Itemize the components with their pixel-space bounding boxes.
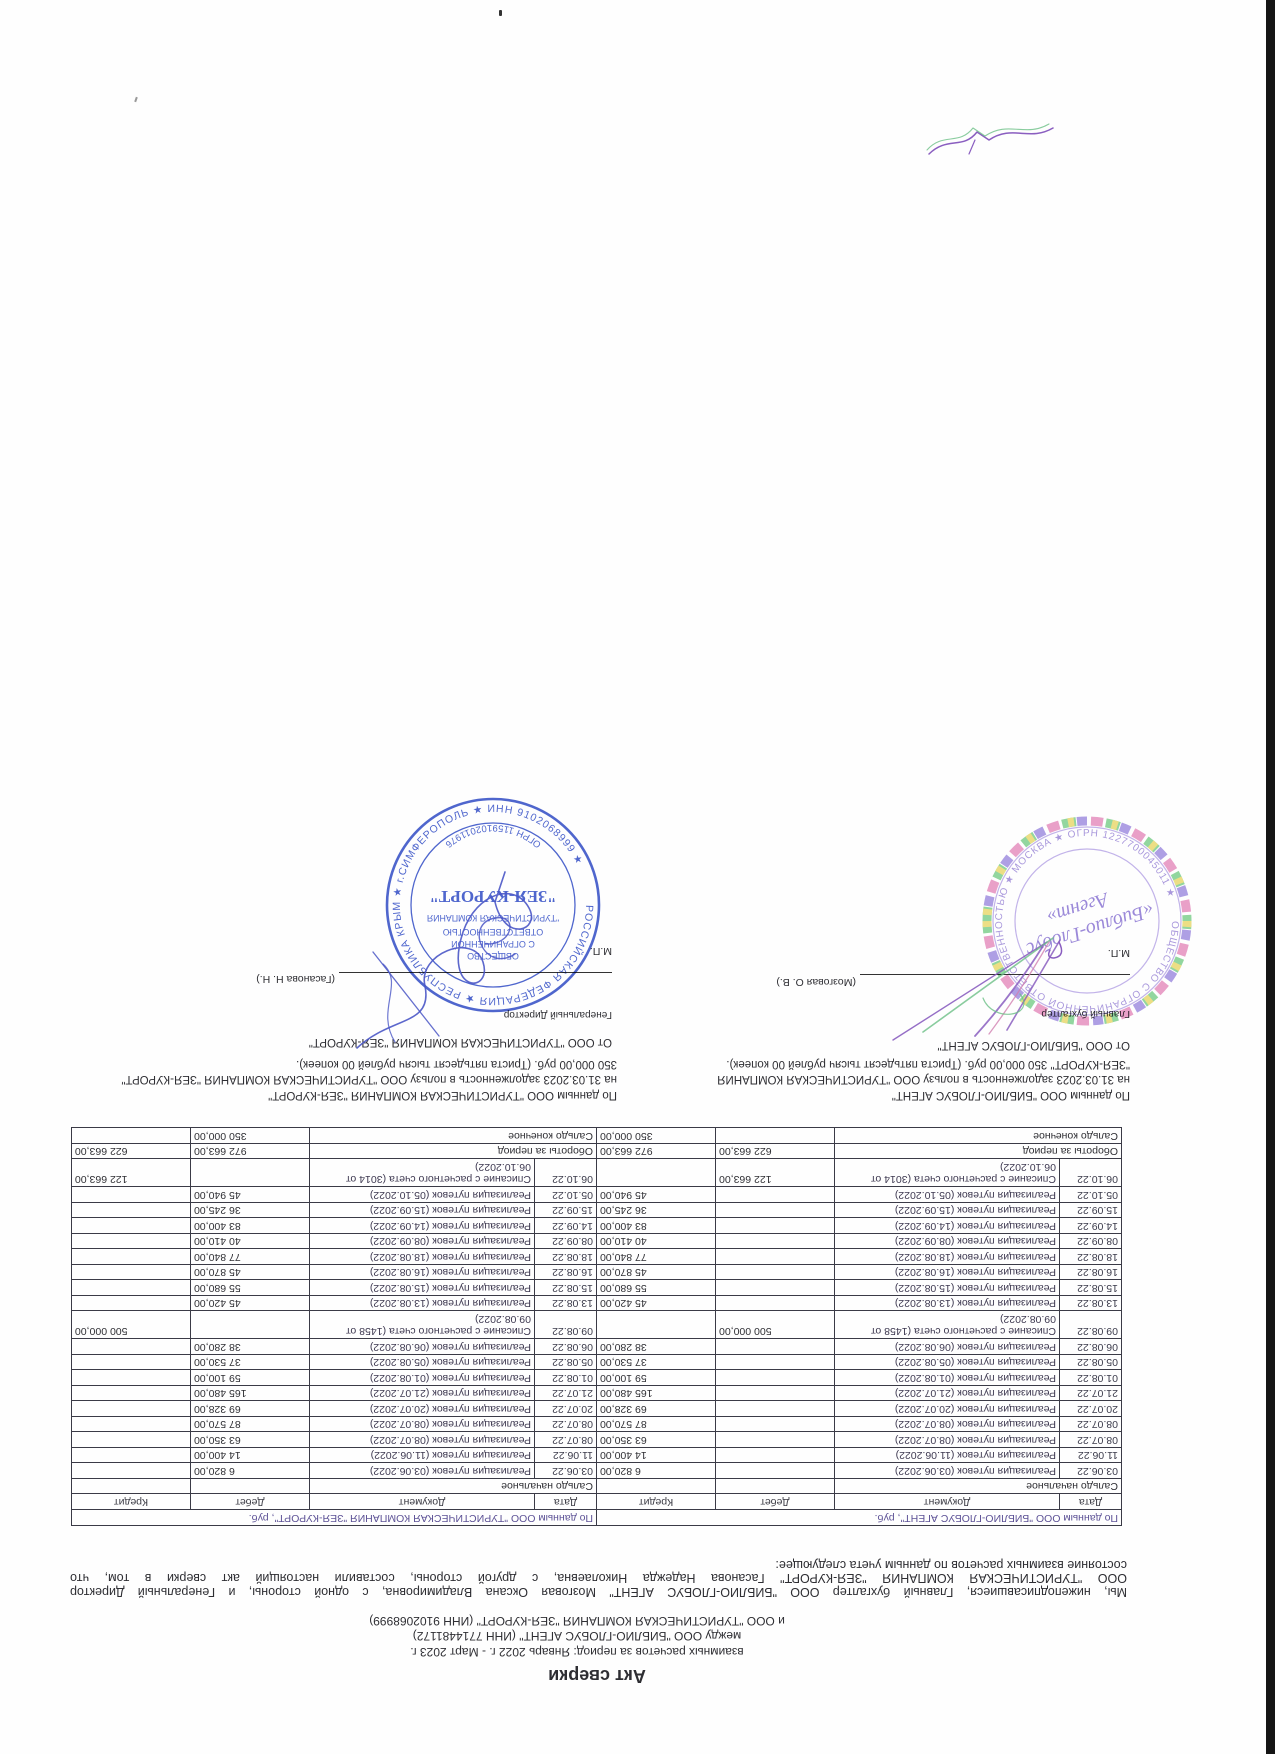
right-closing-debit: 350 000,00 xyxy=(191,1128,310,1144)
seal-ring-text: ОБЩЕСТВО С ОГРАНИЧЕННОЙ ОТВЕТСТВЕННОСТЬЮ… xyxy=(994,828,1180,1014)
document-sheet-rotated: Акт сверки взаимных расчетов за период: … xyxy=(0,0,1275,1754)
right-debit: 45 940,00 xyxy=(191,1187,310,1203)
left-document: Реализация путевок (01.08.2022) xyxy=(835,1370,1060,1386)
seal-center-text: «Библио-Глобус xyxy=(1023,899,1157,961)
table-row: 13.08.22 Реализация путевок (13.08.2022)… xyxy=(71,1296,1121,1312)
left-credit: 45 870,00 xyxy=(597,1265,716,1281)
left-date: 06.10.22 xyxy=(1060,1159,1122,1187)
right-date: 05.08.22 xyxy=(535,1355,597,1371)
table-row: 01.08.22 Реализация путевок (01.08.2022)… xyxy=(71,1370,1121,1386)
seal-ring xyxy=(387,799,599,1011)
scanner-edge xyxy=(1266,0,1275,1754)
left-credit: 69 328,00 xyxy=(597,1401,716,1417)
left-debit xyxy=(716,1355,835,1371)
left-document: Реализация путевок (14.09.2022) xyxy=(835,1218,1060,1234)
right-seal-label: М.П. xyxy=(590,945,612,957)
left-document: Реализация путевок (06.08.2022) xyxy=(835,1339,1060,1355)
seal-ring xyxy=(987,821,1187,1021)
conclusion-left: По данным ООО "БИБЛИО-ГЛОБУС АГЕНТ" на 3… xyxy=(717,1056,1130,1103)
right-credit xyxy=(71,1432,190,1448)
left-date: 14.09.22 xyxy=(1060,1218,1122,1234)
intro-paragraph: Мы, нижеподписавшиеся, Главный бухгалтер… xyxy=(70,1558,1127,1599)
left-document: Реализация путевок (08.07.2022) xyxy=(835,1417,1060,1433)
left-credit: 45 420,00 xyxy=(597,1296,716,1312)
left-debit xyxy=(716,1203,835,1219)
right-credit: 500 000,00 xyxy=(71,1311,190,1339)
seal-center-text: Агент» xyxy=(1044,887,1113,928)
svg-text:ОГРН 1159102011976: ОГРН 1159102011976 xyxy=(442,822,543,850)
left-document: Реализация путевок (11.06.2022) xyxy=(835,1448,1060,1464)
left-date: 06.08.22 xyxy=(1060,1339,1122,1355)
left-debit xyxy=(716,1432,835,1448)
table-header-row: Дата Документ Дебет Кредит Дата Документ… xyxy=(71,1494,1121,1510)
left-document: Реализация путевок (20.07.2022) xyxy=(835,1401,1060,1417)
right-document: Реализация путевок (15.09.2022) xyxy=(310,1203,535,1219)
company-seal-zeya-kurort: РОССИЙСКАЯ ФЕДЕРАЦИЯ ★ РЕСПУБЛИКА КРЫМ ★… xyxy=(383,795,603,1015)
left-credit xyxy=(597,1159,716,1187)
right-closing-credit xyxy=(71,1128,190,1144)
left-credit: 36 245,00 xyxy=(597,1203,716,1219)
intro-line: Мы, нижеподписавшиеся, Главный бухгалтер… xyxy=(70,1585,1127,1599)
right-date: 03.06.22 xyxy=(535,1463,597,1479)
right-debit: 38 280,00 xyxy=(191,1339,310,1355)
table-row: 20.07.22 Реализация путевок (20.07.2022)… xyxy=(71,1401,1121,1417)
reconciliation-table: По данным ООО "БИБЛИО-ГЛОБУС АГЕНТ", руб… xyxy=(71,1128,1122,1527)
right-credit xyxy=(71,1417,190,1433)
right-document: Реализация путевок (05.08.2022) xyxy=(310,1355,535,1371)
right-closing-label: Сальдо конечное xyxy=(310,1128,597,1144)
right-date: 16.08.22 xyxy=(535,1265,597,1281)
left-debit xyxy=(716,1296,835,1312)
closing-balance-row: Сальдо конечное 350 000,00 Сальдо конечн… xyxy=(71,1128,1121,1144)
left-date: 15.09.22 xyxy=(1060,1203,1122,1219)
right-signature-line xyxy=(339,972,612,973)
left-document: Реализация путевок (05.08.2022) xyxy=(835,1355,1060,1371)
seal-center-text: С ОГРАНИЧЕННОЙ xyxy=(451,939,535,950)
right-col-credit: Кредит xyxy=(71,1494,190,1510)
left-col-credit: Кредит xyxy=(597,1494,716,1510)
right-date: 15.08.22 xyxy=(535,1280,597,1296)
seal-ring xyxy=(411,823,575,987)
right-credit xyxy=(71,1401,190,1417)
signature-mozgovaya-icon xyxy=(893,938,1062,1040)
right-date: 08.09.22 xyxy=(535,1234,597,1250)
left-date: 01.08.22 xyxy=(1060,1370,1122,1386)
left-debit: 500 000,00 xyxy=(716,1311,835,1339)
left-date: 08.09.22 xyxy=(1060,1234,1122,1250)
right-document: Списание с расчетного счета (1458 от 09.… xyxy=(310,1311,535,1339)
right-turnover-label: Обороты за период xyxy=(310,1144,597,1160)
right-col-date: Дата xyxy=(535,1494,597,1510)
table-caption-row: По данным ООО "БИБЛИО-ГЛОБУС АГЕНТ", руб… xyxy=(71,1510,1121,1526)
right-debit: 77 840,00 xyxy=(191,1249,310,1265)
left-credit: 37 530,00 xyxy=(597,1355,716,1371)
right-debit: 40 410,00 xyxy=(191,1234,310,1250)
left-document: Списание с расчетного счета (1458 от 09.… xyxy=(835,1311,1060,1339)
right-document: Реализация путевок (03.06.2022) xyxy=(310,1463,535,1479)
table-row: 08.09.22 Реализация путевок (08.09.2022)… xyxy=(71,1234,1121,1250)
left-signature-line xyxy=(860,974,1130,975)
right-debit: 37 530,00 xyxy=(191,1355,310,1371)
intro-line: состояние взаимных расчетов по данным уч… xyxy=(70,1558,1127,1572)
table-row: 21.07.22 Реализация путевок (21.07.2022)… xyxy=(71,1386,1121,1402)
seal-company-name: "ЗЕЯ-КУРОРТ" xyxy=(429,887,556,906)
right-date: 13.08.22 xyxy=(535,1296,597,1312)
seal-center-text: ОТВЕТСТВЕННОСТЬЮ xyxy=(443,927,543,937)
left-document: Реализация путевок (21.07.2022) xyxy=(835,1386,1060,1402)
left-date: 08.07.22 xyxy=(1060,1417,1122,1433)
right-credit xyxy=(71,1355,190,1371)
right-date: 01.08.22 xyxy=(535,1370,597,1386)
left-document: Реализация путевок (15.09.2022) xyxy=(835,1203,1060,1219)
right-credit xyxy=(71,1249,190,1265)
right-credit xyxy=(71,1280,190,1296)
table-row: 05.10.22 Реализация путевок (05.10.2022)… xyxy=(71,1187,1121,1203)
left-credit: 45 940,00 xyxy=(597,1187,716,1203)
table-row: 06.10.22 Списание с расчетного счета (30… xyxy=(71,1159,1121,1187)
left-document: Реализация путевок (08.07.2022) xyxy=(835,1432,1060,1448)
right-document: Реализация путевок (08.09.2022) xyxy=(310,1234,535,1250)
right-turnover-debit: 972 663,00 xyxy=(191,1144,310,1160)
conclusion-line: "ЗЕЯ-КУРОРТ" 350 000,00 руб. (Триста пят… xyxy=(717,1056,1130,1072)
left-document: Реализация путевок (15.08.2022) xyxy=(835,1280,1060,1296)
table-row: 03.06.22 Реализация путевок (03.06.2022)… xyxy=(71,1463,1121,1479)
left-debit xyxy=(716,1339,835,1355)
left-date: 05.10.22 xyxy=(1060,1187,1122,1203)
right-document: Реализация путевок (13.08.2022) xyxy=(310,1296,535,1312)
right-date: 06.10.22 xyxy=(535,1159,597,1187)
left-document: Реализация путевок (05.10.2022) xyxy=(835,1187,1060,1203)
left-credit xyxy=(597,1311,716,1339)
left-col-document: Документ xyxy=(835,1494,1060,1510)
right-date: 08.07.22 xyxy=(535,1432,597,1448)
left-opening-debit xyxy=(716,1479,835,1495)
left-date: 15.08.22 xyxy=(1060,1280,1122,1296)
left-credit: 87 570,00 xyxy=(597,1417,716,1433)
right-document: Реализация путевок (14.09.2022) xyxy=(310,1218,535,1234)
period-line: взаимных расчетов за период: Январь 2022… xyxy=(72,1644,1082,1660)
right-opening-credit xyxy=(71,1479,190,1495)
left-credit: 38 280,00 xyxy=(597,1339,716,1355)
left-date: 11.06.22 xyxy=(1060,1448,1122,1464)
left-closing-label: Сальдо конечное xyxy=(835,1128,1122,1144)
company-seal-biblio-globus: ОБЩЕСТВО С ОГРАНИЧЕННОЙ ОТВЕТСТВЕННОСТЬЮ… xyxy=(980,814,1194,1028)
right-document: Реализация путевок (18.08.2022) xyxy=(310,1249,535,1265)
seal-inner-ring-text: ОГРН 1159102011976 xyxy=(442,822,543,850)
left-seal-label: М.П. xyxy=(1108,947,1130,959)
left-debit xyxy=(716,1401,835,1417)
right-debit: 69 328,00 xyxy=(191,1401,310,1417)
right-credit xyxy=(71,1265,190,1281)
svg-text:ОБЩЕСТВО С ОГРАНИЧЕННОЙ ОТВЕТС: ОБЩЕСТВО С ОГРАНИЧЕННОЙ ОТВЕТСТВЕННОСТЬЮ… xyxy=(994,828,1180,1014)
left-debit xyxy=(716,1265,835,1281)
right-credit xyxy=(71,1386,190,1402)
left-signatory-position: Главный бухгалтер xyxy=(1041,1008,1130,1019)
right-debit: 63 350,00 xyxy=(191,1432,310,1448)
right-debit: 83 400,00 xyxy=(191,1218,310,1234)
seal-ring xyxy=(993,827,1181,1015)
right-debit xyxy=(191,1311,310,1339)
right-debit: 55 680,00 xyxy=(191,1280,310,1296)
left-document: Реализация путевок (13.08.2022) xyxy=(835,1296,1060,1312)
right-credit xyxy=(71,1463,190,1479)
right-opening-debit xyxy=(191,1479,310,1495)
right-credit xyxy=(71,1203,190,1219)
left-credit: 55 680,00 xyxy=(597,1280,716,1296)
right-document: Реализация путевок (08.07.2022) xyxy=(310,1417,535,1433)
right-credit xyxy=(71,1218,190,1234)
left-debit xyxy=(716,1234,835,1250)
table-row: 08.07.22 Реализация путевок (08.07.2022)… xyxy=(71,1432,1121,1448)
right-date: 09.08.22 xyxy=(535,1311,597,1339)
right-document: Реализация путевок (05.10.2022) xyxy=(310,1187,535,1203)
right-date: 06.08.22 xyxy=(535,1339,597,1355)
left-credit: 40 410,00 xyxy=(597,1234,716,1250)
signature-initials-icon xyxy=(927,124,1053,154)
left-debit: 122 663,00 xyxy=(716,1159,835,1187)
right-date: 14.09.22 xyxy=(535,1218,597,1234)
signature-gasanova-icon xyxy=(357,872,531,1048)
right-debit: 59 100,00 xyxy=(191,1370,310,1386)
right-credit: 122 663,00 xyxy=(71,1159,190,1187)
table-row: 15.08.22 Реализация путевок (15.08.2022)… xyxy=(71,1280,1121,1296)
left-debit xyxy=(716,1386,835,1402)
seal-outer-ring-text: РОССИЙСКАЯ ФЕДЕРАЦИЯ ★ РЕСПУБЛИКА КРЫМ ★… xyxy=(391,803,595,1007)
left-date: 13.08.22 xyxy=(1060,1296,1122,1312)
left-credit: 83 400,00 xyxy=(597,1218,716,1234)
left-date: 18.08.22 xyxy=(1060,1249,1122,1265)
left-document: Реализация путевок (18.08.2022) xyxy=(835,1249,1060,1265)
conclusion-line: По данным ООО "ТУРИСТИЧЕСКАЯ КОМПАНИЯ "З… xyxy=(121,1087,617,1103)
left-opening-credit xyxy=(597,1479,716,1495)
left-signatory-name: (Мозговая О. В.) xyxy=(776,976,856,988)
right-document: Реализация путевок (15.08.2022) xyxy=(310,1280,535,1296)
seal-ring xyxy=(987,821,1187,1021)
left-debit xyxy=(716,1218,835,1234)
right-debit: 165 480,00 xyxy=(191,1386,310,1402)
right-date: 05.10.22 xyxy=(535,1187,597,1203)
right-credit xyxy=(71,1296,190,1312)
left-col-debit: Дебет xyxy=(716,1494,835,1510)
document-subtitle: взаимных расчетов за период: Январь 2022… xyxy=(72,1613,1082,1660)
left-date: 20.07.22 xyxy=(1060,1401,1122,1417)
left-caption: По данным ООО "БИБЛИО-ГЛОБУС АГЕНТ", руб… xyxy=(597,1510,1122,1526)
right-document: Реализация путевок (16.08.2022) xyxy=(310,1265,535,1281)
left-date: 21.07.22 xyxy=(1060,1386,1122,1402)
left-closing-debit xyxy=(716,1128,835,1144)
conclusion-line: на 31.03.2023 задолженность в пользу ООО… xyxy=(121,1071,617,1087)
table-row: 15.09.22 Реализация путевок (15.09.2022)… xyxy=(71,1203,1121,1219)
intro-line: ООО "ТУРИСТИЧЕСКАЯ КОМПАНИЯ "ЗЕЯ-КУРОРТ"… xyxy=(70,1571,1127,1585)
left-date: 16.08.22 xyxy=(1060,1265,1122,1281)
right-document: Реализация путевок (20.07.2022) xyxy=(310,1401,535,1417)
right-opening-label: Сальдо начальное xyxy=(310,1479,597,1495)
right-credit xyxy=(71,1370,190,1386)
table-row: 08.07.22 Реализация путевок (08.07.2022)… xyxy=(71,1417,1121,1433)
table-row: 05.08.22 Реализация путевок (05.08.2022)… xyxy=(71,1355,1121,1371)
right-debit xyxy=(191,1159,310,1187)
left-debit xyxy=(716,1463,835,1479)
left-debit xyxy=(716,1280,835,1296)
right-col-debit: Дебет xyxy=(191,1494,310,1510)
right-col-document: Документ xyxy=(310,1494,535,1510)
conclusion-right: По данным ООО "ТУРИСТИЧЕСКАЯ КОМПАНИЯ "З… xyxy=(121,1056,617,1103)
left-debit xyxy=(716,1249,835,1265)
left-col-date: Дата xyxy=(1060,1494,1122,1510)
seal-ring xyxy=(1015,849,1159,993)
left-debit xyxy=(716,1417,835,1433)
table-row: 06.08.22 Реализация путевок (06.08.2022)… xyxy=(71,1339,1121,1355)
right-debit: 45 870,00 xyxy=(191,1265,310,1281)
right-debit: 6 820,00 xyxy=(191,1463,310,1479)
left-document: Реализация путевок (03.06.2022) xyxy=(835,1463,1060,1479)
party-1-line: между ООО "БИБЛИО-ГЛОБУС АГЕНТ" (ИНН 771… xyxy=(72,1628,1082,1644)
table-row: 09.08.22 Списание с расчетного счета (14… xyxy=(71,1311,1121,1339)
seal-ring xyxy=(987,821,1187,1021)
svg-text:РОССИЙСКАЯ ФЕДЕРАЦИЯ ★ РЕСПУБЛ: РОССИЙСКАЯ ФЕДЕРАЦИЯ ★ РЕСПУБЛИКА КРЫМ ★… xyxy=(391,803,595,1007)
scanned-page: Акт сверки взаимных расчетов за период: … xyxy=(0,0,1275,1754)
right-date: 11.06.22 xyxy=(535,1448,597,1464)
conclusion-line: 350 000,00 руб. (Триста пятьдесят тысяч … xyxy=(121,1056,617,1072)
right-document: Реализация путевок (06.08.2022) xyxy=(310,1339,535,1355)
party-2-line: и ООО "ТУРИСТИЧЕСКАЯ КОМПАНИЯ "ЗЕЯ-КУРОР… xyxy=(72,1613,1082,1629)
table-row: 11.06.22 Реализация путевок (11.06.2022)… xyxy=(71,1448,1121,1464)
turnover-row: Обороты за период 622 663,00 972 663,00 … xyxy=(71,1144,1121,1160)
left-date: 03.06.22 xyxy=(1060,1463,1122,1479)
left-document: Реализация путевок (08.09.2022) xyxy=(835,1234,1060,1250)
scan-speck xyxy=(499,10,502,16)
seal-ring xyxy=(987,821,1187,1021)
left-credit: 63 350,00 xyxy=(597,1432,716,1448)
left-date: 05.08.22 xyxy=(1060,1355,1122,1371)
right-signatory-org: От ООО "ТУРИСТИЧЕСКАЯ КОМПАНИЯ "ЗЕЯ-КУРО… xyxy=(309,1036,612,1048)
right-debit: 45 420,00 xyxy=(191,1296,310,1312)
left-credit: 14 400,00 xyxy=(597,1448,716,1464)
left-closing-credit: 350 000,00 xyxy=(597,1128,716,1144)
conclusion-line: на 31.03.2023 задолженность в пользу ООО… xyxy=(717,1071,1130,1087)
right-turnover-credit: 622 663,00 xyxy=(71,1144,190,1160)
right-credit xyxy=(71,1448,190,1464)
table-row: 16.08.22 Реализация путевок (16.08.2022)… xyxy=(71,1265,1121,1281)
left-credit: 165 480,00 xyxy=(597,1386,716,1402)
left-credit: 59 100,00 xyxy=(597,1370,716,1386)
right-document: Списание с расчетного счета (3014 от 06.… xyxy=(310,1159,535,1187)
right-credit xyxy=(71,1187,190,1203)
seal-center-text: ОБЩЕСТВО xyxy=(467,951,519,961)
right-date: 20.07.22 xyxy=(535,1401,597,1417)
left-turnover-label: Обороты за период xyxy=(835,1144,1122,1160)
left-credit: 6 820,00 xyxy=(597,1463,716,1479)
right-caption: По данным ООО "ТУРИСТИЧЕСКАЯ КОМПАНИЯ "З… xyxy=(71,1510,596,1526)
left-debit xyxy=(716,1448,835,1464)
right-signatory-position: Генеральный Директор xyxy=(504,1009,612,1020)
right-debit: 87 570,00 xyxy=(191,1417,310,1433)
right-date: 15.09.22 xyxy=(535,1203,597,1219)
opening-balance-row: Сальдо начальное Сальдо начальное xyxy=(71,1479,1121,1495)
left-date: 08.07.22 xyxy=(1060,1432,1122,1448)
left-document: Списание с расчетного счета (3014 от 06.… xyxy=(835,1159,1060,1187)
left-opening-label: Сальдо начальное xyxy=(835,1479,1122,1495)
right-debit: 36 245,00 xyxy=(191,1203,310,1219)
right-document: Реализация путевок (11.06.2022) xyxy=(310,1448,535,1464)
right-signatory-name: (Гасанова Н. Н.) xyxy=(256,973,335,985)
left-turnover-credit: 972 663,00 xyxy=(597,1144,716,1160)
seal-center-text: "ТУРИСТИЧЕСКАЯ КОМПАНИЯ xyxy=(427,913,559,923)
right-debit: 14 400,00 xyxy=(191,1448,310,1464)
left-debit xyxy=(716,1370,835,1386)
table-row: 14.09.22 Реализация путевок (14.09.2022)… xyxy=(71,1218,1121,1234)
page-title: Акт сверки xyxy=(72,1665,1122,1686)
right-document: Реализация путевок (21.07.2022) xyxy=(310,1386,535,1402)
left-credit: 77 840,00 xyxy=(597,1249,716,1265)
right-credit xyxy=(71,1339,190,1355)
right-credit xyxy=(71,1234,190,1250)
conclusion-line: По данным ООО "БИБЛИО-ГЛОБУС АГЕНТ" xyxy=(717,1087,1130,1103)
left-document: Реализация путевок (16.08.2022) xyxy=(835,1265,1060,1281)
right-date: 21.07.22 xyxy=(535,1386,597,1402)
right-document: Реализация путевок (01.08.2022) xyxy=(310,1370,535,1386)
right-date: 08.07.22 xyxy=(535,1417,597,1433)
left-date: 09.08.22 xyxy=(1060,1311,1122,1339)
right-document: Реализация путевок (08.07.2022) xyxy=(310,1432,535,1448)
left-signatory-org: От ООО "БИБЛИО-ГЛОБУС АГЕНТ" xyxy=(937,1039,1130,1051)
scan-speck xyxy=(134,97,138,102)
right-date: 18.08.22 xyxy=(535,1249,597,1265)
table-row: 18.08.22 Реализация путевок (18.08.2022)… xyxy=(71,1249,1121,1265)
left-debit xyxy=(716,1187,835,1203)
left-turnover-debit: 622 663,00 xyxy=(716,1144,835,1160)
